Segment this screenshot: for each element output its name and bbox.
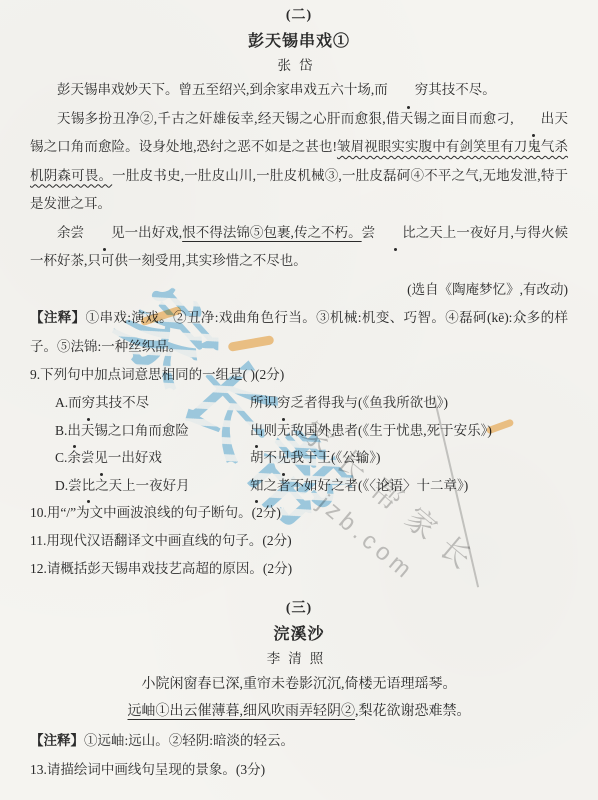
option-b-left: B.出天锡之口角而愈险 bbox=[55, 417, 250, 445]
question-11: 11.用现代汉语翻译文中画直线的句子。(2分) bbox=[30, 527, 568, 555]
passage-paragraph-2: 天锡多扮丑净②,千古之奸雄佞幸,经天锡之心肝而愈狠,借天锡之面目而愈刁,出天锡之… bbox=[30, 105, 568, 219]
question-9-option-b: B.出天锡之口角而愈险 出则无敌国外患者(《生于忧患,死于安乐》) bbox=[30, 417, 568, 445]
question-10: 10.用“/”为文中画波浪线的句子断句。(2分) bbox=[30, 499, 568, 527]
question-12: 12.请概括彭天锡串戏技艺高超的原因。(2分) bbox=[30, 555, 568, 583]
option-c-right: 胡不见我于王(《公输》) bbox=[250, 444, 568, 472]
poem-author: 李清照 bbox=[30, 649, 568, 669]
poem-title: 浣溪沙 bbox=[30, 625, 568, 645]
section-three-label: (三) bbox=[30, 599, 568, 619]
passage-paragraph-3: 余尝见一出好戏,恨不得法锦⑤包裹,传之不朽。尝比之天上一夜好月,与得火候一杯好茶… bbox=[30, 219, 568, 276]
question-9-option-c: C.余尝见一出好戏 胡不见我于王(《公输》) bbox=[30, 444, 568, 472]
option-b-right: 出则无敌国外患者(《生于忧患,死于安乐》) bbox=[250, 417, 568, 445]
exam-content: (二) 彭天锡串戏① 张岱 彭天锡串戏妙天下。曾五至绍兴,到余家串戏五六十场,而… bbox=[0, 0, 598, 784]
poem-notes: 【注释】①远岫:远山。②轻阴:暗淡的轻云。 bbox=[30, 727, 568, 756]
question-9-option-d: D.尝比之天上一夜好月 知之者不如好之者(《〈论语〉十二章》) bbox=[30, 472, 568, 500]
question-13: 13.请描绘词中画线句呈现的景象。(3分) bbox=[30, 756, 568, 784]
section-two-label: (二) bbox=[30, 6, 568, 26]
passage-author: 张岱 bbox=[30, 56, 568, 76]
question-9-option-a: A.而穷其技不尽 所识穷乏者得我与(《鱼我所欲也》) bbox=[30, 389, 568, 417]
option-d-right: 知之者不如好之者(《〈论语〉十二章》) bbox=[250, 472, 568, 500]
passage-title: 彭天锡串戏① bbox=[30, 32, 568, 52]
poem-line-2: 远岫①出云催薄暮,细风吹雨弄轻阴②,梨花欲谢恐难禁。 bbox=[30, 698, 568, 725]
passage-notes: 【注释】①串戏:演戏。②丑净:戏曲角色行当。③机械:机变、巧智。④磊砢(kē):… bbox=[30, 304, 568, 361]
source-attribution: (选自《陶庵梦忆》,有改动) bbox=[30, 276, 568, 305]
option-a-right: 所识穷乏者得我与(《鱼我所欲也》) bbox=[250, 389, 568, 417]
passage-paragraph-1: 彭天锡串戏妙天下。曾五至绍兴,到余家串戏五六十场,而穷其技不尽。 bbox=[30, 76, 568, 105]
scanned-exam-paper: 家长帮 家长帮家长 jzb.com (二) 彭天锡串戏① 张岱 彭天锡串戏妙天下… bbox=[0, 0, 598, 800]
option-c-left: C.余尝见一出好戏 bbox=[55, 444, 250, 472]
poem-line-1: 小院闲窗春已深,重帘未卷影沉沉,倚楼无语理瑶琴。 bbox=[30, 671, 568, 698]
question-9-stem: 9.下列句中加点词意思相同的一组是( )(2分) bbox=[30, 361, 568, 389]
option-d-left: D.尝比之天上一夜好月 bbox=[55, 472, 250, 500]
option-a-left: A.而穷其技不尽 bbox=[55, 389, 250, 417]
